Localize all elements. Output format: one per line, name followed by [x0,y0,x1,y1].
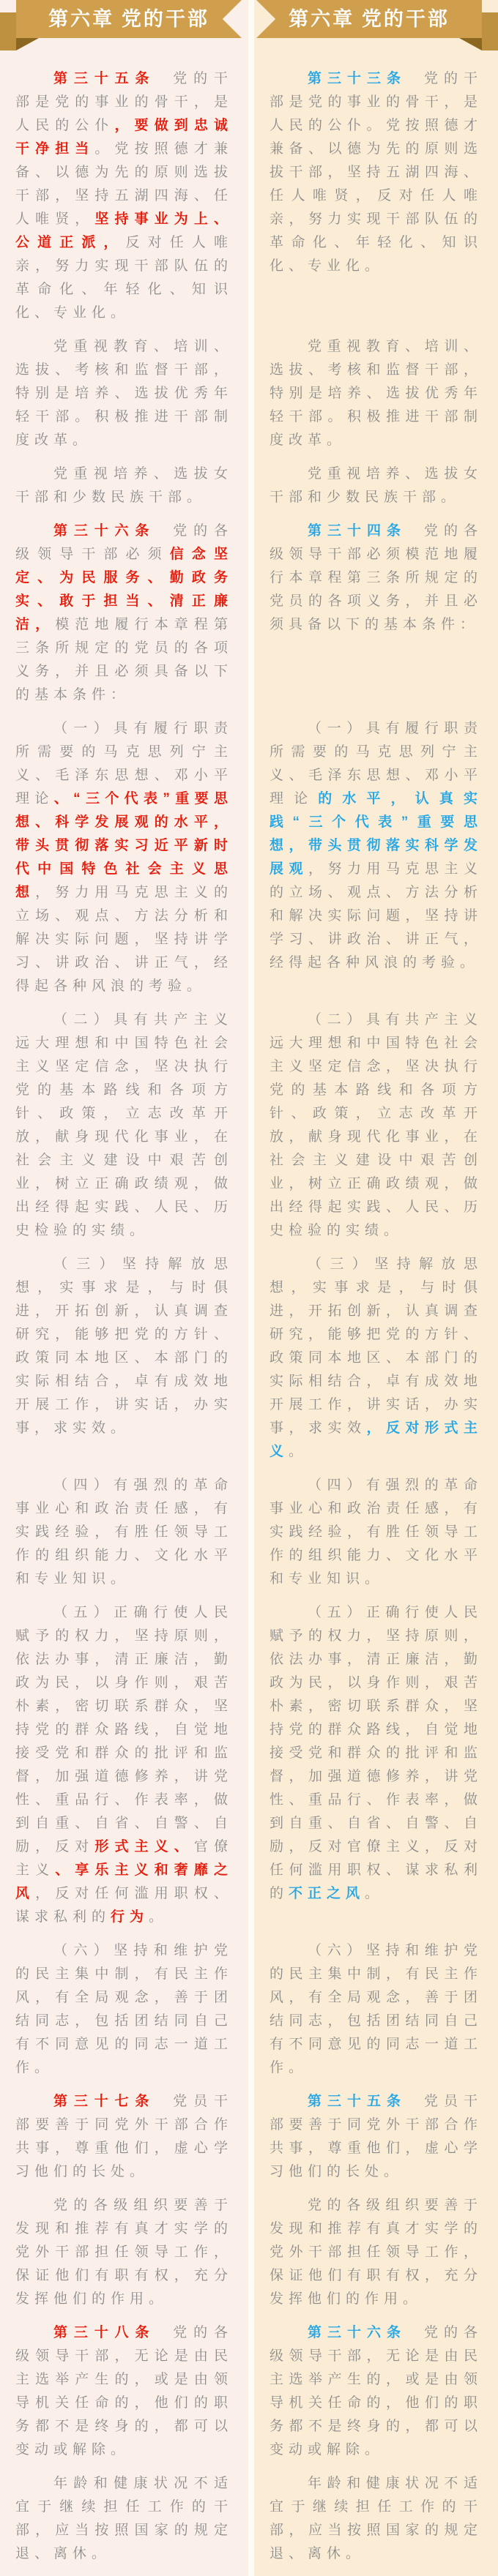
chapter-banner-right: 第六章 党的干部 [256,0,482,38]
article-number: 第三十六条 [53,523,155,539]
text-segment: 党的各级领导干部，无论是由民主选举产生的，或是由领导机关任命的，他们的职务都不是… [270,2325,483,2457]
old-version-paragraph: 第三十五条党员干部要善于同党外干部合作共事，尊重他们，虚心学习他们的长处。 [270,2090,483,2184]
old-version-paragraph: （一）具有履行职责所需要的马克思列宁主义、毛泽东思想、邓小平理论的水平，认真实践… [270,717,483,975]
comparison-row: （三）坚持解放思想，实事求是，与时俱进，开拓创新，认真调查研究，能够把党的方针、… [0,1253,498,1464]
comparison-row: 第三十五条党的干部是党的事业的骨干，是人民的公仆，要做到忠诚干净担当。党按照德才… [0,67,498,325]
column-divider [248,2194,254,2311]
new-version-paragraph: （四）有强烈的革命事业心和政治责任感，有实践经验，有胜任领导工作的组织能力、文化… [15,1474,233,1591]
text-segment: 年龄和健康状况不适宜于继续担任工作的干部，应当按照国家的规定退、离休。 [15,2476,233,2561]
old-version-paragraph: 第三十四条党的各级领导干部必须模范地履行本章程第三条所规定的党员的各项义务，并且… [270,520,483,637]
left-column-cell: 第三十五条党的干部是党的事业的骨干，是人民的公仆，要做到忠诚干净担当。党按照德才… [0,67,248,325]
text-segment: 。 [289,1444,308,1459]
text-segment: （二）具有共产主义远大理想和中国特色社会主义坚定信念，坚决执行党的基本路线和各项… [15,1012,233,1238]
right-column-cell: （六）坚持和维护党的民主集中制，有民主作风，有全局观念，善于团结同志，包括团结同… [254,1939,498,2080]
text-segment: 党的各级组织要善于发现和推荐有真才实学的党外干部担任领导工作，保证他们有职有权，… [15,2198,233,2307]
left-column-cell: 党重视教育、培训、选拔、考核和监督干部，特别是培养、选拔优秀年轻干部。积极推进干… [0,335,248,452]
ribbon-fold-right [459,38,482,50]
article-number: 第三十三条 [308,71,406,86]
right-column-cell: 年龄和健康状况不适宜于继续担任工作的干部，应当按照国家的规定退、离休。 [254,2472,498,2566]
comparison-row: （四）有强烈的革命事业心和政治责任感，有实践经验，有胜任领导工作的组织能力、文化… [0,1474,498,1591]
text-segment: 。 [149,1909,168,1925]
comparison-row: 党重视教育、培训、选拔、考核和监督干部，特别是培养、选拔优秀年轻干部。积极推进干… [0,335,498,452]
column-divider [248,335,254,452]
new-version-paragraph: （五）正确行使人民赋予的权力，坚持原则，依法办事，清正廉洁，勤政为民，以身作则，… [15,1601,233,1929]
text-segment: （三）坚持解放思想，实事求是，与时俱进，开拓创新，认真调查研究，能够把党的方针、… [15,1257,233,1436]
new-version-paragraph: 党的各级组织要善于发现和推荐有真才实学的党外干部担任领导工作，保证他们有职有权，… [15,2194,233,2311]
article-number: 第三十四条 [308,523,406,539]
article-number: 第三十八条 [53,2325,155,2340]
text-segment: （三）坚持解放思想，实事求是，与时俱进，开拓创新，认真调查研究，能够把党的方针、… [270,1257,483,1436]
new-version-paragraph: （三）坚持解放思想，实事求是，与时俱进，开拓创新，认真调查研究，能够把党的方针、… [15,1253,233,1440]
right-column-cell: （二）具有共产主义远大理想和中国特色社会主义坚定信念，坚决执行党的基本路线和各项… [254,1008,498,1243]
new-version-paragraph: 第三十六条党的各级领导干部必须信念坚定、为民服务、勤政务实、敢于担当、清正廉洁，… [15,520,233,707]
column-divider [248,1253,254,1464]
text-segment: 年龄和健康状况不适宜于继续担任工作的干部，应当按照国家的规定退、离休。 [270,2476,483,2561]
left-column-cell: （一）具有履行职责所需要的马克思列宁主义、毛泽东思想、邓小平理论、“三个代表”重… [0,717,248,998]
old-version-paragraph: （六）坚持和维护党的民主集中制，有民主作风，有全局观念，善于团结同志，包括团结同… [270,1939,483,2080]
comparison-row: （一）具有履行职责所需要的马克思列宁主义、毛泽东思想、邓小平理论、“三个代表”重… [0,717,498,998]
text-segment: ，努力用马克思主义的立场、观点、方法分析和解决实际问题，坚持讲学习、讲政治、讲正… [270,861,483,970]
text-segment: （六）坚持和维护党的民主集中制，有民主作风，有全局观念，善于团结同志，包括团结同… [15,1943,233,2075]
comparison-row: 第三十七条党员干部要善于同党外干部合作共事，尊重他们，虚心学习他们的长处。第三十… [0,2090,498,2184]
comparison-row: 第三十六条党的各级领导干部必须信念坚定、为民服务、勤政务实、敢于担当、清正廉洁，… [0,520,498,707]
comparison-row: 年龄和健康状况不适宜于继续担任工作的干部，应当按照国家的规定退、离休。年龄和健康… [0,2472,498,2566]
new-version-paragraph: 党重视教育、培训、选拔、考核和监督干部，特别是培养、选拔优秀年轻干部。积极推进干… [15,335,233,452]
right-column-cell: 党重视教育、培训、选拔、考核和监督干部，特别是培养、选拔优秀年轻干部。积极推进干… [254,335,498,452]
article-number: 第三十五条 [53,71,155,86]
old-version-paragraph: 党重视培养、选拔女干部和少数民族干部。 [270,463,483,509]
left-column-cell: （二）具有共产主义远大理想和中国特色社会主义坚定信念，坚决执行党的基本路线和各项… [0,1008,248,1243]
left-column-cell: 第三十六条党的各级领导干部必须信念坚定、为民服务、勤政务实、敢于担当、清正廉洁，… [0,520,248,707]
left-column-cell: 第三十七条党员干部要善于同党外干部合作共事，尊重他们，虚心学习他们的长处。 [0,2090,248,2184]
text-segment: 党重视教育、培训、选拔、考核和监督干部，特别是培养、选拔优秀年轻干部。积极推进干… [270,339,483,448]
left-column-cell: （六）坚持和维护党的民主集中制，有民主作风，有全局观念，善于团结同志，包括团结同… [0,1939,248,2080]
column-divider [248,2472,254,2566]
old-version-paragraph: （四）有强烈的革命事业心和政治责任感，有实践经验，有胜任领导工作的组织能力、文化… [270,1474,483,1591]
old-version-paragraph: 年龄和健康状况不适宜于继续担任工作的干部，应当按照国家的规定退、离休。 [270,2472,483,2566]
right-column-cell: 第三十四条党的各级领导干部必须模范地履行本章程第三条所规定的党员的各项义务，并且… [254,520,498,707]
text-segment: 党的各级组织要善于发现和推荐有真才实学的党外干部担任领导工作，保证他们有职有权，… [270,2198,483,2307]
chapter-banner-left: 第六章 党的干部 [16,0,242,38]
old-version-paragraph: 第三十六条党的各级领导干部，无论是由民主选举产生的，或是由领导机关任命的，他们的… [270,2321,483,2462]
new-version-paragraph: 第三十五条党的干部是党的事业的骨干，是人民的公仆，要做到忠诚干净担当。党按照德才… [15,67,233,325]
text-segment: 党重视培养、选拔女干部和少数民族干部。 [270,466,483,505]
article-number: 第三十六条 [308,2325,406,2340]
left-column-cell: （四）有强烈的革命事业心和政治责任感，有实践经验，有胜任领导工作的组织能力、文化… [0,1474,248,1591]
left-column-cell: （三）坚持解放思想，实事求是，与时俱进，开拓创新，认真调查研究，能够把党的方针、… [0,1253,248,1464]
column-divider [248,463,254,509]
comparison-row: 第三十八条党的各级领导干部，无论是由民主选举产生的，或是由领导机关任命的，他们的… [0,2321,498,2462]
text-segment: 党的各级领导干部，无论是由民主选举产生的，或是由领导机关任命的，他们的职务都不是… [15,2325,233,2457]
added-text-segment: 、“三个代表”重要思想、科学发展观的水平，带头贯彻落实习近平新时代中国特色社会主… [15,791,233,900]
right-column-cell: 第三十六条党的各级领导干部，无论是由民主选举产生的，或是由领导机关任命的，他们的… [254,2321,498,2462]
ribbon-tail-right [482,12,498,50]
column-divider [248,1008,254,1243]
new-version-paragraph: 年龄和健康状况不适宜于继续担任工作的干部，应当按照国家的规定退、离休。 [15,2472,233,2566]
right-column-cell: （一）具有履行职责所需要的马克思列宁主义、毛泽东思想、邓小平理论的水平，认真实践… [254,717,498,998]
column-divider [248,1601,254,1929]
right-column-cell: （四）有强烈的革命事业心和政治责任感，有实践经验，有胜任领导工作的组织能力、文化… [254,1474,498,1591]
right-column-cell: （三）坚持解放思想，实事求是，与时俱进，开拓创新，认真调查研究，能够把党的方针、… [254,1253,498,1464]
left-column-cell: （五）正确行使人民赋予的权力，坚持原则，依法办事，清正廉洁，勤政为民，以身作则，… [0,1601,248,1929]
old-version-paragraph: 党重视教育、培训、选拔、考核和监督干部，特别是培养、选拔优秀年轻干部。积极推进干… [270,335,483,452]
left-column-cell: 党重视培养、选拔女干部和少数民族干部。 [0,463,248,509]
added-text-segment: 形式主义、 [94,1839,193,1854]
constitution-comparison-page: 第六章 党的干部 第六章 党的干部 第三十五条党的干部是党的事业的骨干，是人民的… [0,0,498,2576]
column-divider [248,1474,254,1591]
right-column-cell: 党的各级组织要善于发现和推荐有真才实学的党外干部担任领导工作，保证他们有职有权，… [254,2194,498,2311]
text-segment: （四）有强烈的革命事业心和政治责任感，有实践经验，有胜任领导工作的组织能力、文化… [270,1478,483,1587]
right-column-cell: 第三十五条党员干部要善于同党外干部合作共事，尊重他们，虚心学习他们的长处。 [254,2090,498,2184]
text-segment: （五）正确行使人民赋予的权力，坚持原则，依法办事，清正廉洁，勤政为民，以身作则，… [270,1605,483,1901]
comparison-row: （二）具有共产主义远大理想和中国特色社会主义坚定信念，坚决执行党的基本路线和各项… [0,1008,498,1243]
old-version-paragraph: 党的各级组织要善于发现和推荐有真才实学的党外干部担任领导工作，保证他们有职有权，… [270,2194,483,2311]
right-column-cell: （五）正确行使人民赋予的权力，坚持原则，依法办事，清正廉洁，勤政为民，以身作则，… [254,1601,498,1929]
text-segment: 。 [365,1886,384,1901]
right-column-cell: 党重视培养、选拔女干部和少数民族干部。 [254,463,498,509]
comparison-row: 党重视培养、选拔女干部和少数民族干部。党重视培养、选拔女干部和少数民族干部。 [0,463,498,509]
column-divider [248,1939,254,2080]
ribbon-tail-left [0,12,16,50]
text-segment: （四）有强烈的革命事业心和政治责任感，有实践经验，有胜任领导工作的组织能力、文化… [15,1478,233,1587]
article-number: 第三十七条 [53,2094,155,2109]
column-divider [248,717,254,998]
comparison-rows: 第三十五条党的干部是党的事业的骨干，是人民的公仆，要做到忠诚干净担当。党按照德才… [0,51,498,2566]
ribbon-fold-left [16,38,39,50]
text-segment: 党的各级领导干部必须模范地履行本章程第三条所规定的党员的各项义务，并且必须具备以… [270,523,483,632]
left-column-cell: 第三十八条党的各级领导干部，无论是由民主选举产生的，或是由领导机关任命的，他们的… [0,2321,248,2462]
chapter-banner-header: 第六章 党的干部 第六章 党的干部 [0,0,498,51]
comparison-row: （五）正确行使人民赋予的权力，坚持原则，依法办事，清正廉洁，勤政为民，以身作则，… [0,1601,498,1929]
new-version-paragraph: 党重视培养、选拔女干部和少数民族干部。 [15,463,233,509]
left-column-cell: 年龄和健康状况不适宜于继续担任工作的干部，应当按照国家的规定退、离休。 [0,2472,248,2566]
text-segment: 党重视培养、选拔女干部和少数民族干部。 [15,466,233,505]
new-version-paragraph: （二）具有共产主义远大理想和中国特色社会主义坚定信念，坚决执行党的基本路线和各项… [15,1008,233,1243]
old-version-paragraph: （二）具有共产主义远大理想和中国特色社会主义坚定信念，坚决执行党的基本路线和各项… [270,1008,483,1243]
new-version-paragraph: （一）具有履行职责所需要的马克思列宁主义、毛泽东思想、邓小平理论、“三个代表”重… [15,717,233,998]
column-divider [248,2090,254,2184]
text-segment: （五）正确行使人民赋予的权力，坚持原则，依法办事，清正廉洁，勤政为民，以身作则，… [15,1605,233,1854]
column-divider [248,67,254,325]
comparison-row: 党的各级组织要善于发现和推荐有真才实学的党外干部担任领导工作，保证他们有职有权，… [0,2194,498,2311]
new-version-paragraph: 第三十七条党员干部要善于同党外干部合作共事，尊重他们，虚心学习他们的长处。 [15,2090,233,2184]
text-segment: （二）具有共产主义远大理想和中国特色社会主义坚定信念，坚决执行党的基本路线和各项… [270,1012,483,1238]
text-segment: 党的干部是党的事业的骨干，是人民的公仆。党按照德才兼备、以德为先的原则选拔干部，… [270,71,483,274]
article-number: 第三十五条 [308,2094,406,2109]
left-column-cell: 党的各级组织要善于发现和推荐有真才实学的党外干部担任领导工作，保证他们有职有权，… [0,2194,248,2311]
old-version-paragraph: （五）正确行使人民赋予的权力，坚持原则，依法办事，清正廉洁，勤政为民，以身作则，… [270,1601,483,1906]
column-divider [248,520,254,707]
text-segment: （六）坚持和维护党的民主集中制，有民主作风，有全局观念，善于团结同志，包括团结同… [270,1943,483,2075]
comparison-row: （六）坚持和维护党的民主集中制，有民主作风，有全局观念，善于团结同志，包括团结同… [0,1939,498,2080]
right-column-cell: 第三十三条党的干部是党的事业的骨干，是人民的公仆。党按照德才兼备、以德为先的原则… [254,67,498,325]
text-segment: ，努力用马克思主义的立场、观点、方法分析和解决实际问题，坚持讲学习、讲政治、讲正… [15,885,233,994]
column-divider [248,2321,254,2462]
removed-text-segment: 不正之风 [289,1886,365,1901]
old-version-paragraph: （三）坚持解放思想，实事求是，与时俱进，开拓创新，认真调查研究，能够把党的方针、… [270,1253,483,1464]
new-version-paragraph: 第三十八条党的各级领导干部，无论是由民主选举产生的，或是由领导机关任命的，他们的… [15,2321,233,2462]
new-version-paragraph: （六）坚持和维护党的民主集中制，有民主作风，有全局观念，善于团结同志，包括团结同… [15,1939,233,2080]
old-version-paragraph: 第三十三条党的干部是党的事业的骨干，是人民的公仆。党按照德才兼备、以德为先的原则… [270,67,483,278]
added-text-segment: 行为 [111,1909,149,1925]
text-segment: 党重视教育、培训、选拔、考核和监督干部，特别是培养、选拔优秀年轻干部。积极推进干… [15,339,233,448]
